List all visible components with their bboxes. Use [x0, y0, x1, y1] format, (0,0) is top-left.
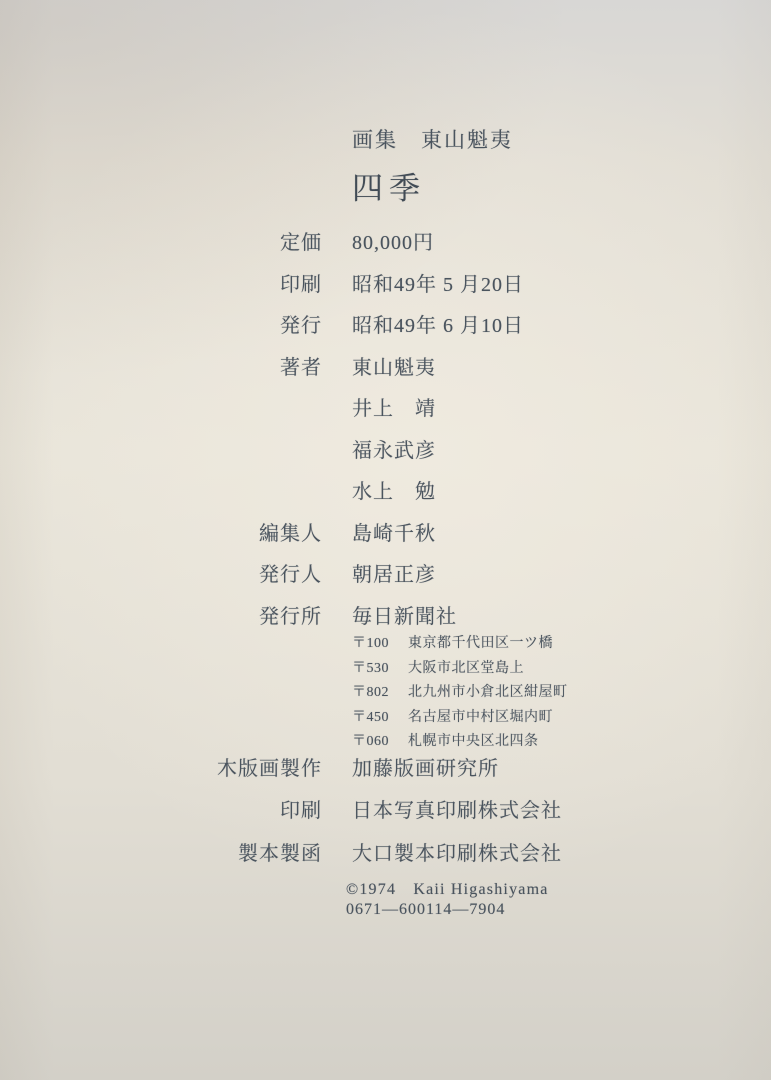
catalog-number: 0671—600114—7904	[346, 901, 549, 926]
row-value: 朝居正彦	[322, 558, 436, 587]
row-label: 木版画製作	[0, 752, 322, 781]
production-credit-rows: 木版画製作 加藤版画研究所 印刷 日本写真印刷株式会社 製本製函 大口製本印刷株…	[0, 745, 771, 873]
colophon-row-published-date: 発行 昭和49年 6 月10日	[0, 303, 771, 345]
row-value: 日本写真印刷株式会社	[322, 794, 562, 823]
colophon-row-printing-company: 印刷 日本写真印刷株式会社	[0, 788, 771, 831]
address-text: 名古屋市中村区堀内町	[408, 706, 553, 726]
row-value: 水上 勉	[322, 475, 436, 504]
colophon-row-editor: 編集人 島崎千秋	[0, 511, 771, 553]
row-label: 著者	[0, 351, 322, 380]
colophon-row-author: 水上 勉	[0, 469, 771, 511]
address-line-nagoya: 〒450 名古屋市中村区堀内町	[352, 704, 568, 729]
colophon-row-author: 福永武彦	[0, 428, 771, 470]
row-label: 発行所	[0, 600, 322, 629]
colophon-page: 画集 東山魁夷 四季 定価 80,000円 印刷 昭和49年 5 月20日 発行…	[0, 0, 771, 1080]
colophon-row-printed-date: 印刷 昭和49年 5 月20日	[0, 262, 771, 304]
copyright-notice: ©1974 Kaii Higashiyama	[346, 876, 549, 901]
address-line-tokyo: 〒100 東京都千代田区一ツ橋	[352, 630, 568, 655]
row-label: 製本製函	[0, 837, 322, 866]
row-value: 島崎千秋	[322, 517, 436, 546]
colophon-row-publisher-person: 発行人 朝居正彦	[0, 552, 771, 594]
book-main-title: 四季	[352, 163, 513, 208]
publisher-address-list: 〒100 東京都千代田区一ツ橋 〒530 大阪市北区堂島上 〒802 北九州市小…	[352, 630, 568, 753]
row-value: 井上 靖	[322, 392, 436, 421]
address-line-kitakyushu: 〒802 北九州市小倉北区紺屋町	[352, 679, 568, 704]
row-value: 加藤版画研究所	[322, 752, 499, 781]
book-series-title: 画集 東山魁夷	[352, 124, 513, 154]
row-value: 東山魁夷	[322, 351, 436, 380]
colophon-row-author: 井上 靖	[0, 386, 771, 428]
row-value: 昭和49年 5 月20日	[322, 268, 524, 297]
row-value: 80,000円	[322, 226, 434, 255]
row-label: 編集人	[0, 517, 322, 546]
postal-code: 〒100	[352, 632, 408, 652]
colophon-row-publishing-house: 発行所 毎日新聞社	[0, 594, 771, 636]
row-label: 発行	[0, 309, 322, 338]
row-value: 毎日新聞社	[322, 600, 457, 629]
postal-code: 〒530	[352, 657, 408, 677]
colophon-main-rows: 定価 80,000円 印刷 昭和49年 5 月20日 発行 昭和49年 6 月1…	[0, 220, 771, 635]
colophon-row-author: 著者 東山魁夷	[0, 345, 771, 387]
book-title-block: 画集 東山魁夷 四季	[352, 124, 513, 208]
postal-code: 〒450	[352, 706, 408, 726]
postal-code: 〒802	[352, 681, 408, 701]
colophon-row-woodblock-production: 木版画製作 加藤版画研究所	[0, 745, 771, 788]
address-text: 大阪市北区堂島上	[408, 657, 524, 677]
copyright-block: ©1974 Kaii Higashiyama 0671—600114—7904	[346, 876, 549, 926]
row-value: 福永武彦	[322, 434, 436, 463]
colophon-row-price: 定価 80,000円	[0, 220, 771, 262]
row-label: 定価	[0, 226, 322, 255]
row-label: 発行人	[0, 558, 322, 587]
row-label: 印刷	[0, 794, 322, 823]
colophon-row-binding-company: 製本製函 大口製本印刷株式会社	[0, 830, 771, 873]
address-text: 北九州市小倉北区紺屋町	[408, 681, 568, 701]
row-label: 印刷	[0, 268, 322, 297]
address-line-osaka: 〒530 大阪市北区堂島上	[352, 655, 568, 680]
row-value: 昭和49年 6 月10日	[322, 309, 524, 338]
row-value: 大口製本印刷株式会社	[322, 837, 562, 866]
address-text: 東京都千代田区一ツ橋	[408, 632, 553, 652]
